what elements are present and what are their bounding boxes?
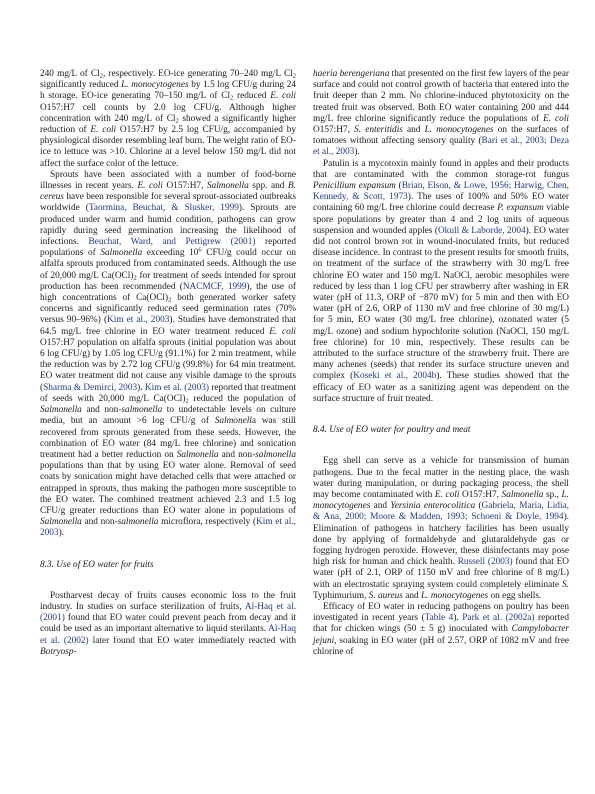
section-heading-8-3: 8.3. Use of EO water for fruits (40, 560, 296, 571)
paragraph-patulin-strawberry: Patulin is a mycotoxin mainly found in a… (313, 159, 569, 405)
table-reference-link[interactable]: Table 4 (425, 613, 454, 623)
citation-link[interactable]: Kim et al. (2003) (145, 383, 209, 393)
paragraph-lettuce-eo-ice: 240 mg/L of Cl2, respectively. EO-ice ge… (40, 69, 296, 170)
citation-link[interactable]: Koseki et al., 2004b (353, 371, 436, 381)
section-heading-8-4: 8.4. Use of EO water for poultry and mea… (313, 425, 569, 436)
citation-link[interactable]: Kim et al., 2003 (107, 315, 169, 325)
paragraph-egg-shell: Egg shell can serve as a vehicle for tra… (313, 456, 569, 602)
citation-link[interactable]: Sharma & Demirci, 2003 (43, 383, 137, 393)
paragraph-poultry: Efficacy of EO water in reducing pathoge… (313, 602, 569, 658)
paragraph-fruits: Postharvest decay of fruits causes econo… (40, 591, 296, 658)
right-column: haeria berengeriana that presented on th… (313, 69, 569, 658)
paragraph-sprouts: Sprouts have been associated with a numb… (40, 170, 296, 540)
citation-link[interactable]: Park et al. (2002a) (462, 613, 534, 623)
citation-link[interactable]: Taormina, Beuchat, & Slusker, 1999 (89, 203, 239, 213)
citation-link[interactable]: Beuchat, Ward, and Pettigrew (2001) (89, 237, 256, 247)
citation-link[interactable]: Russell (2003) (458, 557, 513, 567)
left-column: 240 mg/L of Cl2, respectively. EO-ice ge… (40, 69, 296, 658)
citation-link[interactable]: NACMCF, 1999 (183, 282, 247, 292)
paragraph-pear-tomatoes: haeria berengeriana that presented on th… (313, 69, 569, 159)
citation-link[interactable]: Okull & Laborde, 2004 (438, 226, 526, 236)
